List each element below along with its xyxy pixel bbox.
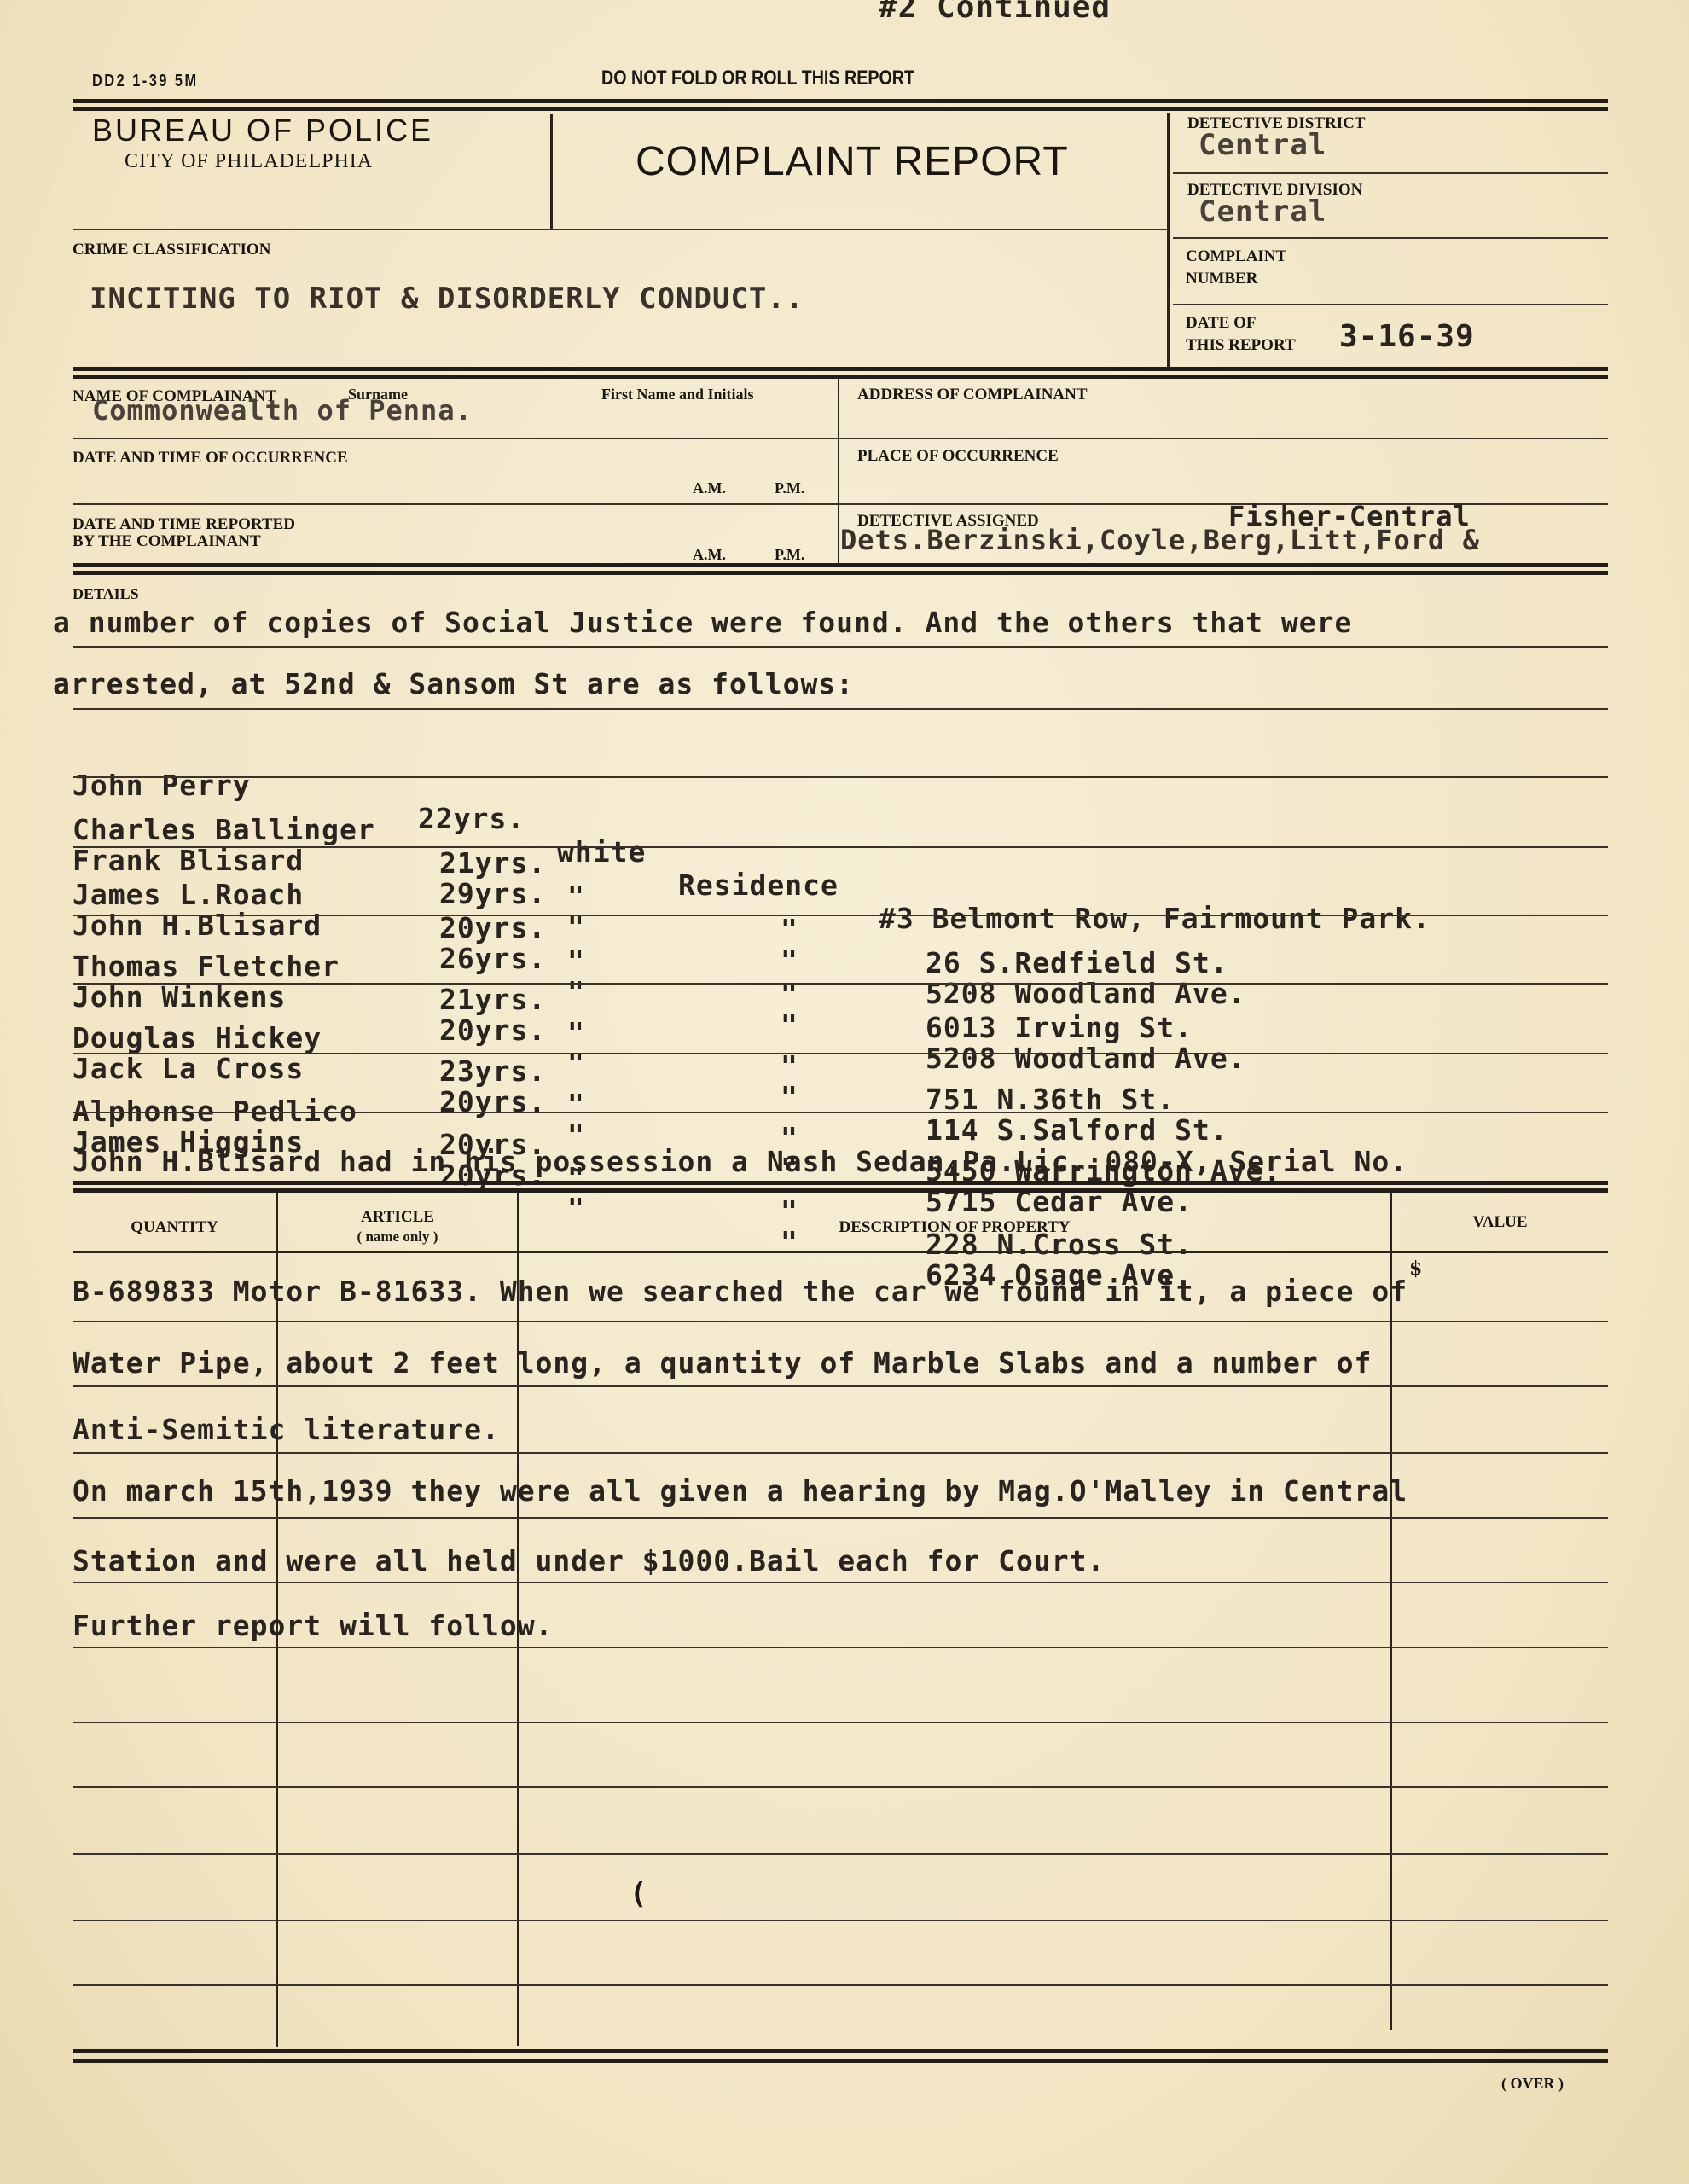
complaint-number-label-1: COMPLAINT [1186,247,1286,266]
stray-typed-mark: ( [630,1877,647,1911]
crime-classification-label: CRIME CLASSIFICATION [73,241,270,259]
continued-annotation: #2 Continued [879,0,1111,25]
arrestee-address: #3 Belmont Row, Fairmount Park. [879,902,1431,935]
details-line-1: a number of copies of Social Justice wer… [53,606,1352,639]
arrestee-age: 23yrs. [439,1054,546,1088]
arrestee-race: " [567,975,585,1008]
occurrence-am: A.M. [693,479,726,497]
property-line-4: On march 15th,1939 they were all given a… [73,1474,1407,1507]
header-divider [550,114,553,229]
arrestee-age: 20yrs. [439,1085,546,1118]
arrestee-age: 29yrs. [439,877,546,910]
property-line-3: Anti-Semitic literature. [73,1413,500,1446]
rule [73,1582,1608,1583]
property-bottom-rule [73,2049,1608,2063]
report-date-label-1: DATE OF [1186,314,1257,333]
rule [73,1647,1608,1648]
value-dollar-sign: $ [1409,1258,1422,1280]
rule [73,708,1608,710]
arrestee-address: 26 S.Redfield St. [926,946,1228,979]
complainant-divider [838,379,839,566]
arrestee-name: Thomas Fletcher [73,950,340,983]
report-date-label-2: THIS REPORT [1186,336,1296,355]
occurrence-label: DATE AND TIME OF OCCURRENCE [73,449,348,468]
arrestee-residence-label: " [781,913,798,946]
reported-label-2: BY THE COMPLAINANT [73,532,261,551]
arrestee-age: 26yrs. [439,942,546,975]
description-header: DESCRIPTION OF PROPERTY [519,1218,1390,1237]
complainant-address-label: ADDRESS OF COMPLAINANT [857,386,1088,404]
rule [73,1321,1608,1322]
reported-label-1: DATE AND TIME REPORTED [73,515,295,534]
rule [73,776,1608,778]
arrestee-address: 5208 Woodland Ave. [926,977,1246,1010]
arrestee-race: white [557,835,646,868]
details-label: DETAILS [73,585,139,603]
city-name: CITY OF PHILADELPHIA [125,150,373,173]
quantity-header: QUANTITY [73,1218,276,1237]
vehicle-line: John H.Blisard had in his possession a N… [73,1145,1407,1178]
form-code: DD2 1-39 5M [92,72,199,91]
reported-am: A.M. [693,546,726,564]
complainant-top-rule [73,367,1608,379]
rule [73,1517,1608,1519]
complainant-name-value: Commonwealth of Penna. [92,394,473,427]
agency-name: BUREAU OF POLICE [92,113,433,148]
value-header: VALUE [1392,1213,1608,1232]
property-line-5: Station and were all held under $1000.Ba… [73,1544,1105,1577]
rule [73,1853,1608,1855]
rule [73,1053,1608,1054]
first-name-label: First Name and Initials [601,386,754,404]
arrestee-address: 114 S.Salford St. [926,1113,1228,1147]
rule [73,1452,1608,1454]
property-top-rule [73,1181,1608,1193]
fold-warning: DO NOT FOLD OR ROLL THIS REPORT [601,67,914,90]
rule [73,1722,1608,1723]
page-title: COMPLAINT REPORT [636,138,1069,185]
detective-division-value: Central [1199,195,1326,229]
arrestee-residence-label: Residence [678,868,839,902]
arrestee-residence-label: " [781,1080,798,1113]
arrestee-race: " [567,1088,585,1121]
rule [73,1112,1608,1113]
rule [73,1786,1608,1788]
rule [73,646,1608,648]
arrestee-age: 20yrs. [439,1014,546,1047]
complaint-number-label-2: NUMBER [1186,270,1257,288]
property-line-1: B-689833 Motor B-81633. When we searched… [73,1275,1407,1308]
arrestee-name: Douglas Hickey [73,1021,322,1054]
rule [73,1385,1608,1387]
reported-pm: P.M. [775,546,804,564]
property-line-2: Water Pipe, about 2 feet long, a quantit… [73,1346,1372,1380]
arrestee-residence-label: " [781,1008,798,1042]
rule [73,1984,1608,1986]
details-top-rule [73,563,1608,575]
rule [73,1251,1608,1253]
arrestee-age: 21yrs. [439,846,546,880]
detective-assigned-line-2: Dets.Berzinski,Coyle,Berg,Litt,Ford & [840,524,1480,556]
arrestee-name: Charles Ballinger [73,813,375,846]
arrestee-race: " [567,880,585,913]
rule [73,438,1608,439]
arrestee-address: 5208 Woodland Ave. [926,1042,1246,1075]
rule [1173,237,1608,239]
property-line-6: Further report will follow. [73,1609,553,1642]
rule [73,915,1608,916]
rule [1173,304,1608,305]
report-date-value: 3-16-39 [1339,319,1475,354]
place-of-occurrence-label: PLACE OF OCCURRENCE [857,447,1059,466]
detective-district-value: Central [1199,128,1326,162]
article-header: ARTICLE [278,1208,517,1227]
arrestee-name: John H.Blisard [73,909,322,942]
arrestee-race: " [567,1047,585,1080]
rule [73,983,1608,985]
header-bottom-rule [73,229,1169,230]
top-double-rule [73,99,1608,111]
details-line-2: arrested, at 52nd & Sansom St are as fol… [53,667,854,700]
arrestee-race: " [567,944,585,978]
rule [73,846,1608,848]
col-divider-description [1390,1193,1392,2030]
arrestee-race: " [567,1016,585,1049]
arrestee-address: 6013 Irving St. [926,1011,1193,1044]
occurrence-pm: P.M. [775,479,804,497]
crime-classification-value: INCITING TO RIOT & DISORDERLY CONDUCT.. [90,282,804,316]
right-panel-divider [1167,113,1170,367]
article-subheader: ( name only ) [278,1228,517,1246]
arrestee-age: 21yrs. [439,983,546,1016]
arrestee-age: 22yrs. [418,802,525,835]
rule [1173,172,1608,174]
over-note: ( OVER ) [1501,2075,1564,2093]
rule [73,1920,1608,1921]
arrestee-residence-label: " [781,944,798,977]
